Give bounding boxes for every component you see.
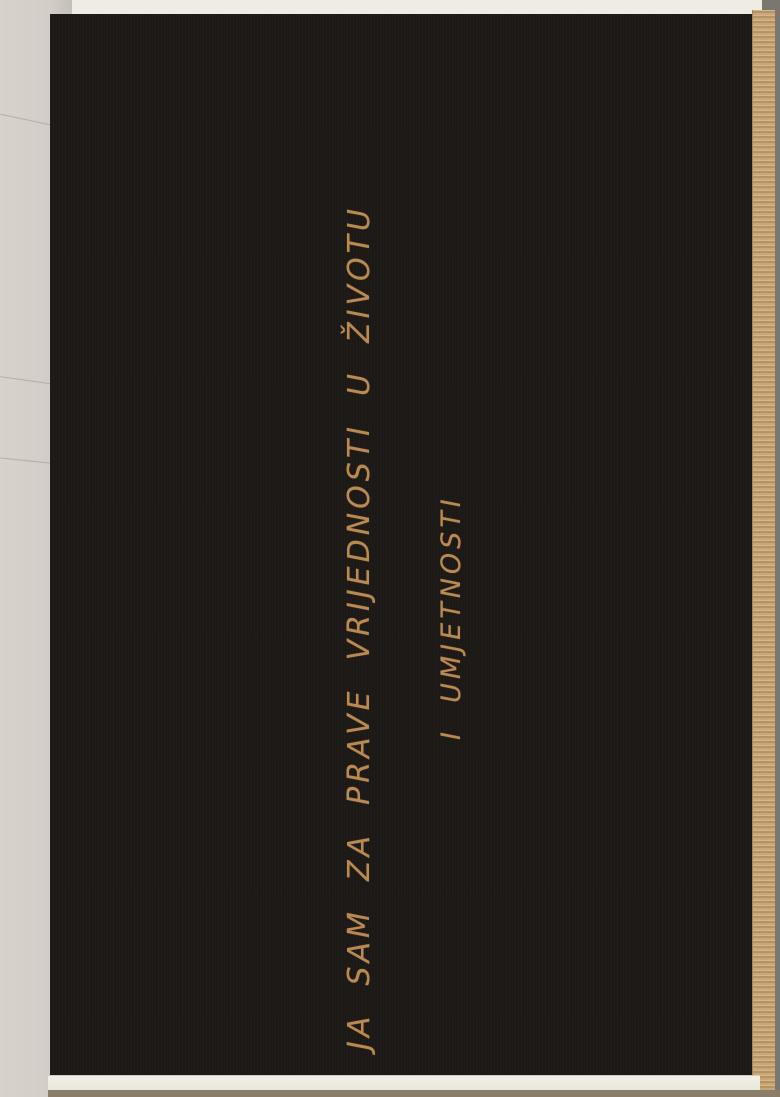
cork-edge [752,10,775,1090]
bottom-shadow [48,1090,780,1097]
page-mark [0,457,50,463]
handwritten-line-2: I UMJETNOSTI [436,495,467,740]
handwritten-line-1: JA SAM ZA PRAVE VRIJEDNOSTI U ŽIVOTU [342,205,377,1050]
page-top-edge [72,0,762,15]
page-mark [0,376,55,385]
black-board [50,14,752,1077]
